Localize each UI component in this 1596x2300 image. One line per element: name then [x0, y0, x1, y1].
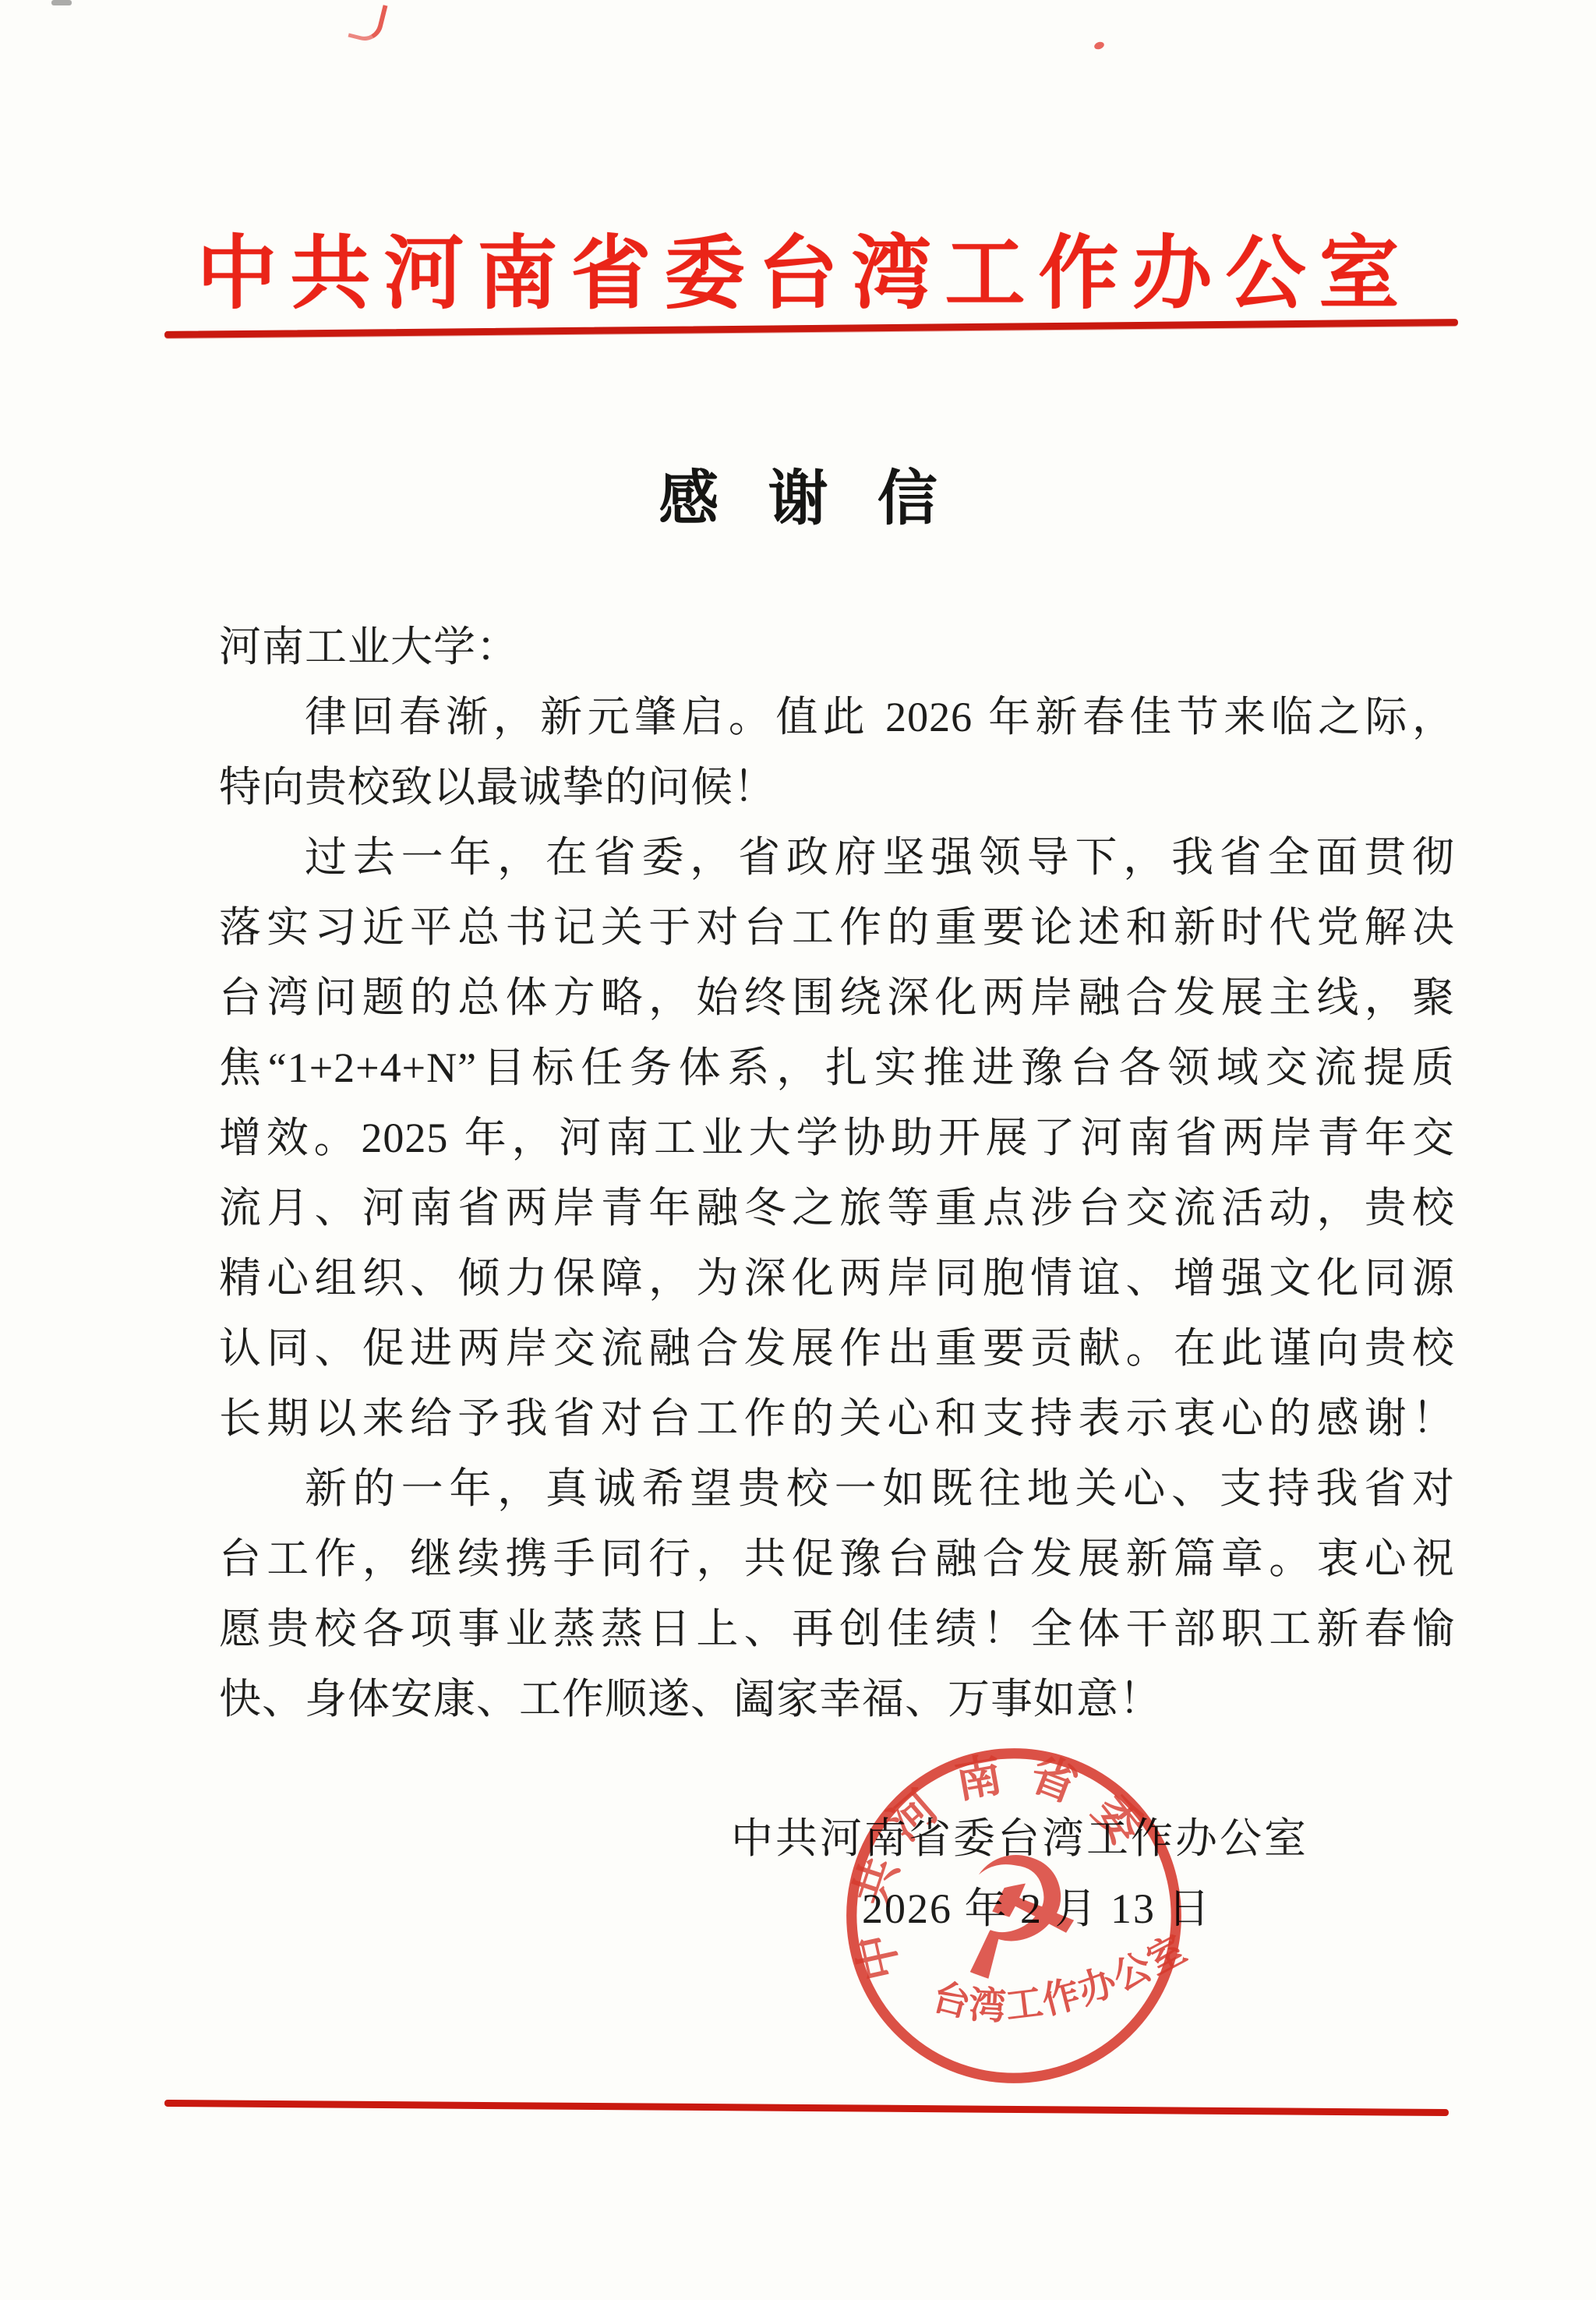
footer-divider-line [164, 2100, 1449, 2116]
body-line: 新的一年，真诚希望贵校一如既往地关心、支持我省对 [219, 1454, 1455, 1524]
body-line: 增效。2025 年，河南工业大学协助开展了河南省两岸青年交 [219, 1103, 1455, 1173]
scanned-letter-page: 中共河南省委台湾工作办公室 感 谢 信 河南工业大学： 律回春渐，新元肇启。值此… [0, 0, 1596, 2300]
scan-artifact-speck [51, 0, 72, 5]
body-line: 焦“1+2+4+N”目标任务体系，扎实推进豫台各领域交流提质 [219, 1033, 1455, 1103]
body-line: 愿贵校各项事业蒸蒸日上、再创佳绩！全体干部职工新春愉 [219, 1594, 1455, 1664]
body-line: 精心组织、倾力保障，为深化两岸同胞情谊、增强文化同源 [219, 1243, 1455, 1313]
body-line: 流月、河南省两岸青年融冬之旅等重点涉台交流活动，贵校 [219, 1173, 1455, 1243]
body-line: 台湾问题的总体方略，始终围绕深化两岸融合发展主线，聚 [219, 963, 1455, 1033]
letter-body: 河南工业大学： 律回春渐，新元肇启。值此 2026 年新春佳节来临之际， 特向贵… [219, 612, 1455, 1734]
body-line: 台工作，继续携手同行，共促豫台融合发展新篇章。衷心祝 [219, 1524, 1455, 1594]
body-line: 特向贵校致以最诚挚的问候！ [219, 752, 1455, 822]
body-line: 快、身体安康、工作顺遂、阖家幸福、万事如意！ [219, 1664, 1455, 1734]
body-line: 落实习近平总书记关于对台工作的重要论述和新时代党解决 [219, 892, 1455, 963]
body-line: 长期以来给予我省对台工作的关心和支持表示衷心的感谢！ [219, 1383, 1455, 1454]
letterhead-org-name: 中共河南省委台湾工作办公室 [0, 209, 1596, 324]
body-line: 律回春渐，新元肇启。值此 2026 年新春佳节来临之际， [219, 682, 1455, 752]
letter-title: 感 谢 信 [0, 450, 1596, 537]
recipient-line: 河南工业大学： [219, 612, 1455, 682]
body-line: 过去一年，在省委，省政府坚强领导下，我省全面贯彻 [219, 822, 1455, 892]
official-stamp: 中共河南省委 ☭ 台湾工作办公室 [807, 1709, 1221, 2123]
scan-artifact-red-mark [348, 0, 387, 44]
scan-artifact-red-dot [1093, 41, 1105, 51]
body-line: 认同、促进两岸交流融合发展作出重要贡献。在此谨向贵校 [219, 1313, 1455, 1383]
